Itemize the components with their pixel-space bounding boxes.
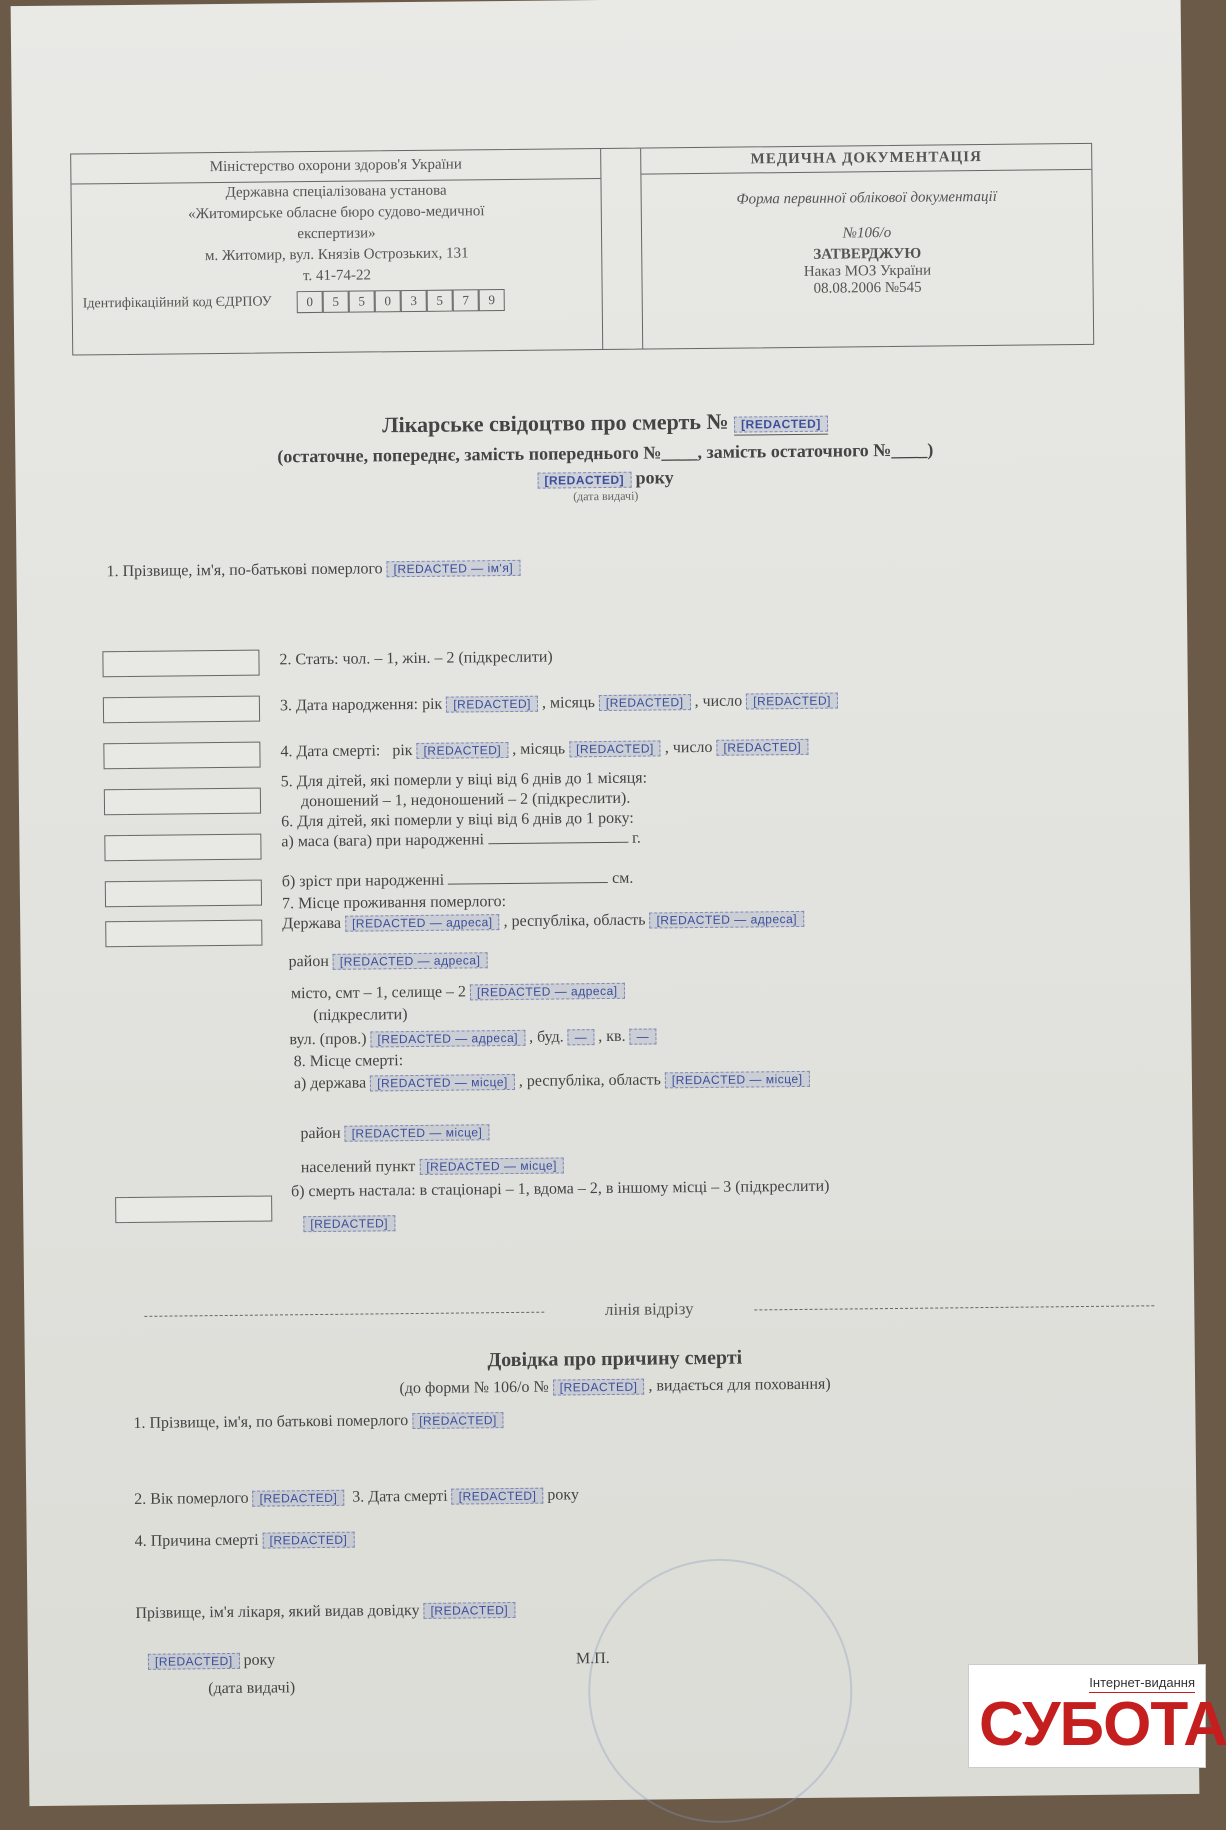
cut-line: лінія відрізу <box>144 1294 1154 1325</box>
form-number: №106/о <box>642 223 1092 245</box>
edrpou-code: Ідентифікаційний код ЄДРПОУ 0 5 5 0 3 5 … <box>73 288 602 316</box>
institution-phone: т. 41-74-22 <box>72 263 601 290</box>
section-2-field-4-cause: 4. Причина смерті [REDACTED] <box>135 1531 355 1551</box>
code-box <box>104 834 261 862</box>
field-1-name: 1. Прізвище, ім'я, по-батькові померлого… <box>106 559 520 581</box>
field-7-street: вул. (пров.) [REDACTED — адреса] , буд. … <box>289 1027 656 1049</box>
field-8-settlement: населений пункт [REDACTED — місце] <box>301 1156 564 1177</box>
field-2-sex: 2. Стать: чол. – 1, жін. – 2 (підкреслит… <box>279 649 552 670</box>
edrpou-digits: 0 5 5 0 3 5 7 9 <box>297 289 505 313</box>
code-box <box>103 742 260 770</box>
section-2-date-caption: (дата видачі) <box>208 1679 295 1698</box>
code-box <box>104 788 261 816</box>
form-description: Форма первинної облікової документації <box>642 188 1092 210</box>
field-3-birth: 3. Дата народження: рік [REDACTED] , міс… <box>280 692 838 716</box>
stamp-impression <box>587 1557 854 1800</box>
field-7-city: місто, смт – 1, селище – 2 [REDACTED — а… <box>291 982 625 1003</box>
field-8b-label: б) смерть настала: в стаціонарі – 1, вдо… <box>291 1178 830 1202</box>
code-box <box>105 880 262 908</box>
medical-docs-title: МЕДИЧНА ДОКУМЕНТАЦІЯ <box>641 144 1091 175</box>
section-2-subtitle: (до форми № 106/о № [REDACTED] , видаєть… <box>125 1373 1105 1401</box>
code-box <box>103 696 260 724</box>
form-header: Міністерство охорони здоров'я України Де… <box>70 143 1094 356</box>
field-5-options: доношений – 1, недоношений – 2 (підкресл… <box>301 790 631 811</box>
field-7-district: район [REDACTED — адреса] <box>289 951 488 971</box>
institution-block: Міністерство охорони здоров'я України Де… <box>71 149 603 355</box>
publication-watermark-logo: Інтернет-видання СУБОТА <box>968 1664 1206 1768</box>
field-6a-mass: а) маса (вага) при народженні г. <box>281 830 641 852</box>
order-date: 08.08.2006 №545 <box>643 278 1093 300</box>
field-6b-height: б) зріст при народженні см. <box>282 870 634 892</box>
section-2-doctor: Прізвище, ім'я лікаря, який видав довідк… <box>135 1601 515 1623</box>
field-7-state: Держава [REDACTED — адреса] , республіка… <box>282 910 804 933</box>
edrpou-label: Ідентифікаційний код ЄДРПОУ <box>83 294 283 312</box>
code-box <box>115 1196 272 1224</box>
field-8a-state: а) держава [REDACTED — місце] , республі… <box>294 1070 810 1093</box>
field-7-label: 7. Місце проживання померлого: <box>282 893 506 913</box>
section-2-issue-date: [REDACTED] року <box>148 1651 275 1670</box>
certificate-number: [REDACTED] <box>734 416 828 433</box>
section-2-field-1: 1. Прізвище, ім'я, по батькові померлого… <box>133 1411 504 1433</box>
form-info-block: МЕДИЧНА ДОКУМЕНТАЦІЯ Форма первинної обл… <box>641 144 1093 349</box>
field-7-city-hint: (підкреслити) <box>313 1006 407 1025</box>
field-8b-value: [REDACTED] <box>303 1214 395 1233</box>
death-certificate-sheet: Міністерство охорони здоров'я України Де… <box>11 0 1200 1800</box>
section-2-title: Довідка про причину смерті <box>125 1343 1105 1376</box>
field-5-label: 5. Для дітей, які померли у віці від 6 д… <box>281 770 647 792</box>
field-4-death: 4. Дата смерті: рік [REDACTED] , місяць … <box>280 738 808 762</box>
field-8-district: район [REDACTED — місце] <box>300 1123 489 1143</box>
certificate-title: Лікарське свідоцтво про смерть № [REDACT… <box>115 405 1095 442</box>
code-box <box>102 650 259 678</box>
certificate-title-block: Лікарське свідоцтво про смерть № [REDACT… <box>115 405 1096 509</box>
field-6-label: 6. Для дітей, які померли у віці від 6 д… <box>281 810 634 832</box>
code-box <box>105 920 262 948</box>
section-2-field-2-3: 2. Вік померлого [REDACTED] 3. Дата смер… <box>134 1486 579 1509</box>
field-8-label: 8. Місце смерті: <box>294 1052 404 1071</box>
logo-name: СУБОТА <box>979 1685 1226 1765</box>
header-spacer <box>601 149 643 349</box>
